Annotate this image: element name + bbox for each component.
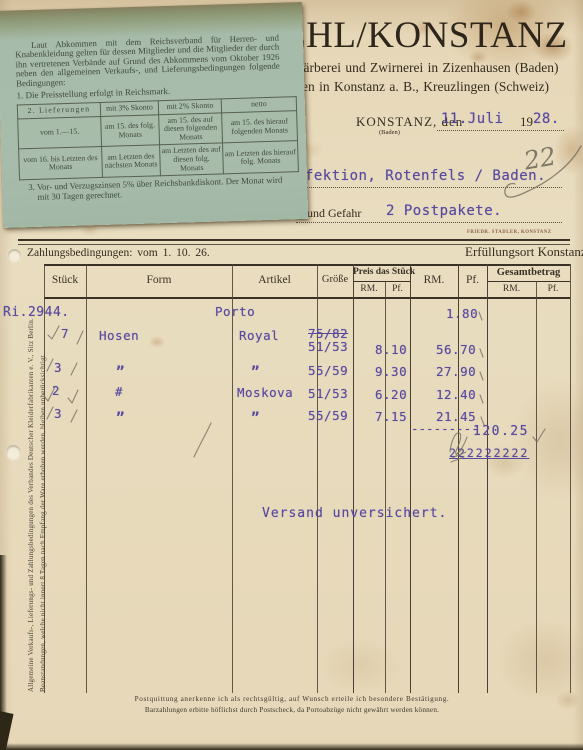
letterhead-subtitle-2: riken in Konstanz a. B., Kreuzlingen (Sc… [287,79,549,95]
slip-r2c4: am Letzten des hierauf folg. Monats [223,141,299,174]
row3-price: 6.20 [375,387,407,402]
shipping-typed: 2 Postpakete. [386,203,502,219]
slip-r1c2: am 15. des folg. Monats [101,114,160,146]
year-printed: 19 [520,114,533,130]
slip-item-3: 3. Vor- und Verzugszinsen 5% über Reichs… [19,176,287,203]
row4-price: 7.15 [375,409,407,424]
col-subheader-preis-pf: Pf. [385,284,410,294]
slip-r1c3: am 15. des auf diesen folgenden Monats [159,113,223,146]
row2-size: 55/59 [308,363,348,378]
reference-number: Ri.2944. [3,305,70,320]
double-rule-thick [18,239,570,241]
terms-slip: Laut Abkommen mit dem Reichsverband für … [0,2,308,228]
place-of-fulfillment: Erfüllungsort Konstanz [465,244,583,260]
row4-qty: 3 [54,406,62,421]
table-line-left [44,264,45,693]
total-amount: 120.25 [473,424,529,439]
row3-qty: 2 [52,383,60,398]
col-header-groesse: Größe [317,274,353,285]
table-line-6 [458,264,459,693]
row2-amount: 27.90 [436,364,476,379]
col-header-preis: Preis das Stück [353,267,410,277]
slip-r2c1: vom 16. bis Letzten des Monats [19,147,103,180]
date-typed: 11.Juli [441,111,504,127]
printer-credit: FRIEDR. STADLER, KONSTANZ [467,230,552,235]
col-header-stueck: Stück [44,274,86,286]
slip-delivery-table: 2. Lieferungen mit 3% Skonto mit 2% Skon… [17,96,299,180]
recipient-dotted-line [296,187,562,188]
porto-label: Porto [215,304,255,319]
table-line-4 [353,264,354,693]
total-subheader-line [487,281,570,282]
row4-form-ditto: „ [116,402,125,418]
paper-edge-bottom [0,743,583,750]
year-typed: 28. [533,111,560,127]
slip-r2c2: am Letzten des nächsten Monats [102,145,161,177]
date-dotted-line [437,130,564,131]
row2-artikel-ditto: „ [251,356,260,372]
price-subheader-line [353,281,410,282]
shipping-note: Versand unversichert. [262,506,447,521]
row2-form-ditto: „ [116,356,125,372]
row1-qty: 7 [61,326,69,341]
row3-size: 51/53 [308,386,348,401]
table-line-right [570,264,571,693]
row3-artikel: Moskova [237,385,293,400]
pencil-note-22: 22 [522,141,558,175]
table-line-1 [86,264,87,693]
row2-price: 9.30 [375,364,407,379]
row4-artikel-ditto: „ [251,402,260,418]
slip-paragraph: Laut Abkommen mit dem Reichsverband für … [15,34,280,89]
footer-notice: Postquittung anerkenne ich als rechtsgül… [132,694,452,716]
slip-r1c4: am 15. des hierauf folgenden Monats [222,110,298,143]
shipping-dotted-line [296,222,562,223]
col-header-rm: RM. [410,274,458,286]
col-subheader-gesamt-rm: RM. [487,284,536,294]
col-header-pf: Pf. [458,274,487,286]
footer-line-2: Barzahlungen erbitte höflichst durch Pos… [132,705,452,716]
table-top-border [44,264,570,266]
cancel-row: 222222222 [449,446,529,460]
slip-r2c3: am Letzten des auf diesen folg. Monats [160,143,224,176]
letterhead-title: EHL/KONSTANZ [283,14,568,57]
table-line-7 [487,264,488,693]
col-subheader-preis-rm: RM. [353,284,385,294]
place-line-sub: (Baden) [379,129,400,136]
table-line-5 [410,264,411,693]
table-line-2 [232,264,233,693]
sum-dashes: --------- [411,421,479,436]
row1-form: Hosen [99,328,139,343]
row1-price: 8.10 [375,342,407,357]
row3-amount: 12.40 [436,387,476,402]
payment-terms-line: Zahlungsbedingungen: vom 1. 10. 26. [27,247,210,259]
table-header-bottom-border [44,297,570,299]
row4-size: 55/59 [308,408,348,423]
table-line-total-split [536,281,537,693]
col-header-gesamt: Gesamtbetrag [487,267,570,278]
recipient-typed: nfektion, Rotenfels / Baden. [296,168,546,184]
row2-qty: 3 [54,360,62,375]
col-subheader-gesamt-pf: Pf. [536,284,570,294]
row1-size: 51/53 [308,339,348,354]
margin-conditions-text: Allgemeine Verkaufs-, Lieferungs- und Za… [27,318,35,692]
punch-hole-bottom [6,445,21,460]
slip-r1c1: vom 1.—15. [18,116,102,149]
letterhead-subtitle-1: Färberei und Zwirnerei in Zizenhausen (B… [296,60,559,76]
row1-artikel: Royal [239,328,279,343]
row3-form-mark: # [115,384,123,399]
col-header-artikel: Artikel [232,274,317,286]
col-header-form: Form [86,274,232,286]
punch-hole-top [8,249,21,262]
row1-amount: 56.70 [436,342,476,357]
invoice-paper: Allgemeine Verkaufs-, Lieferungs- und Za… [0,0,583,750]
porto-amount: 1.80 [446,306,478,321]
footer-line-1: Postquittung anerkenne ich als rechtsgül… [132,694,452,705]
